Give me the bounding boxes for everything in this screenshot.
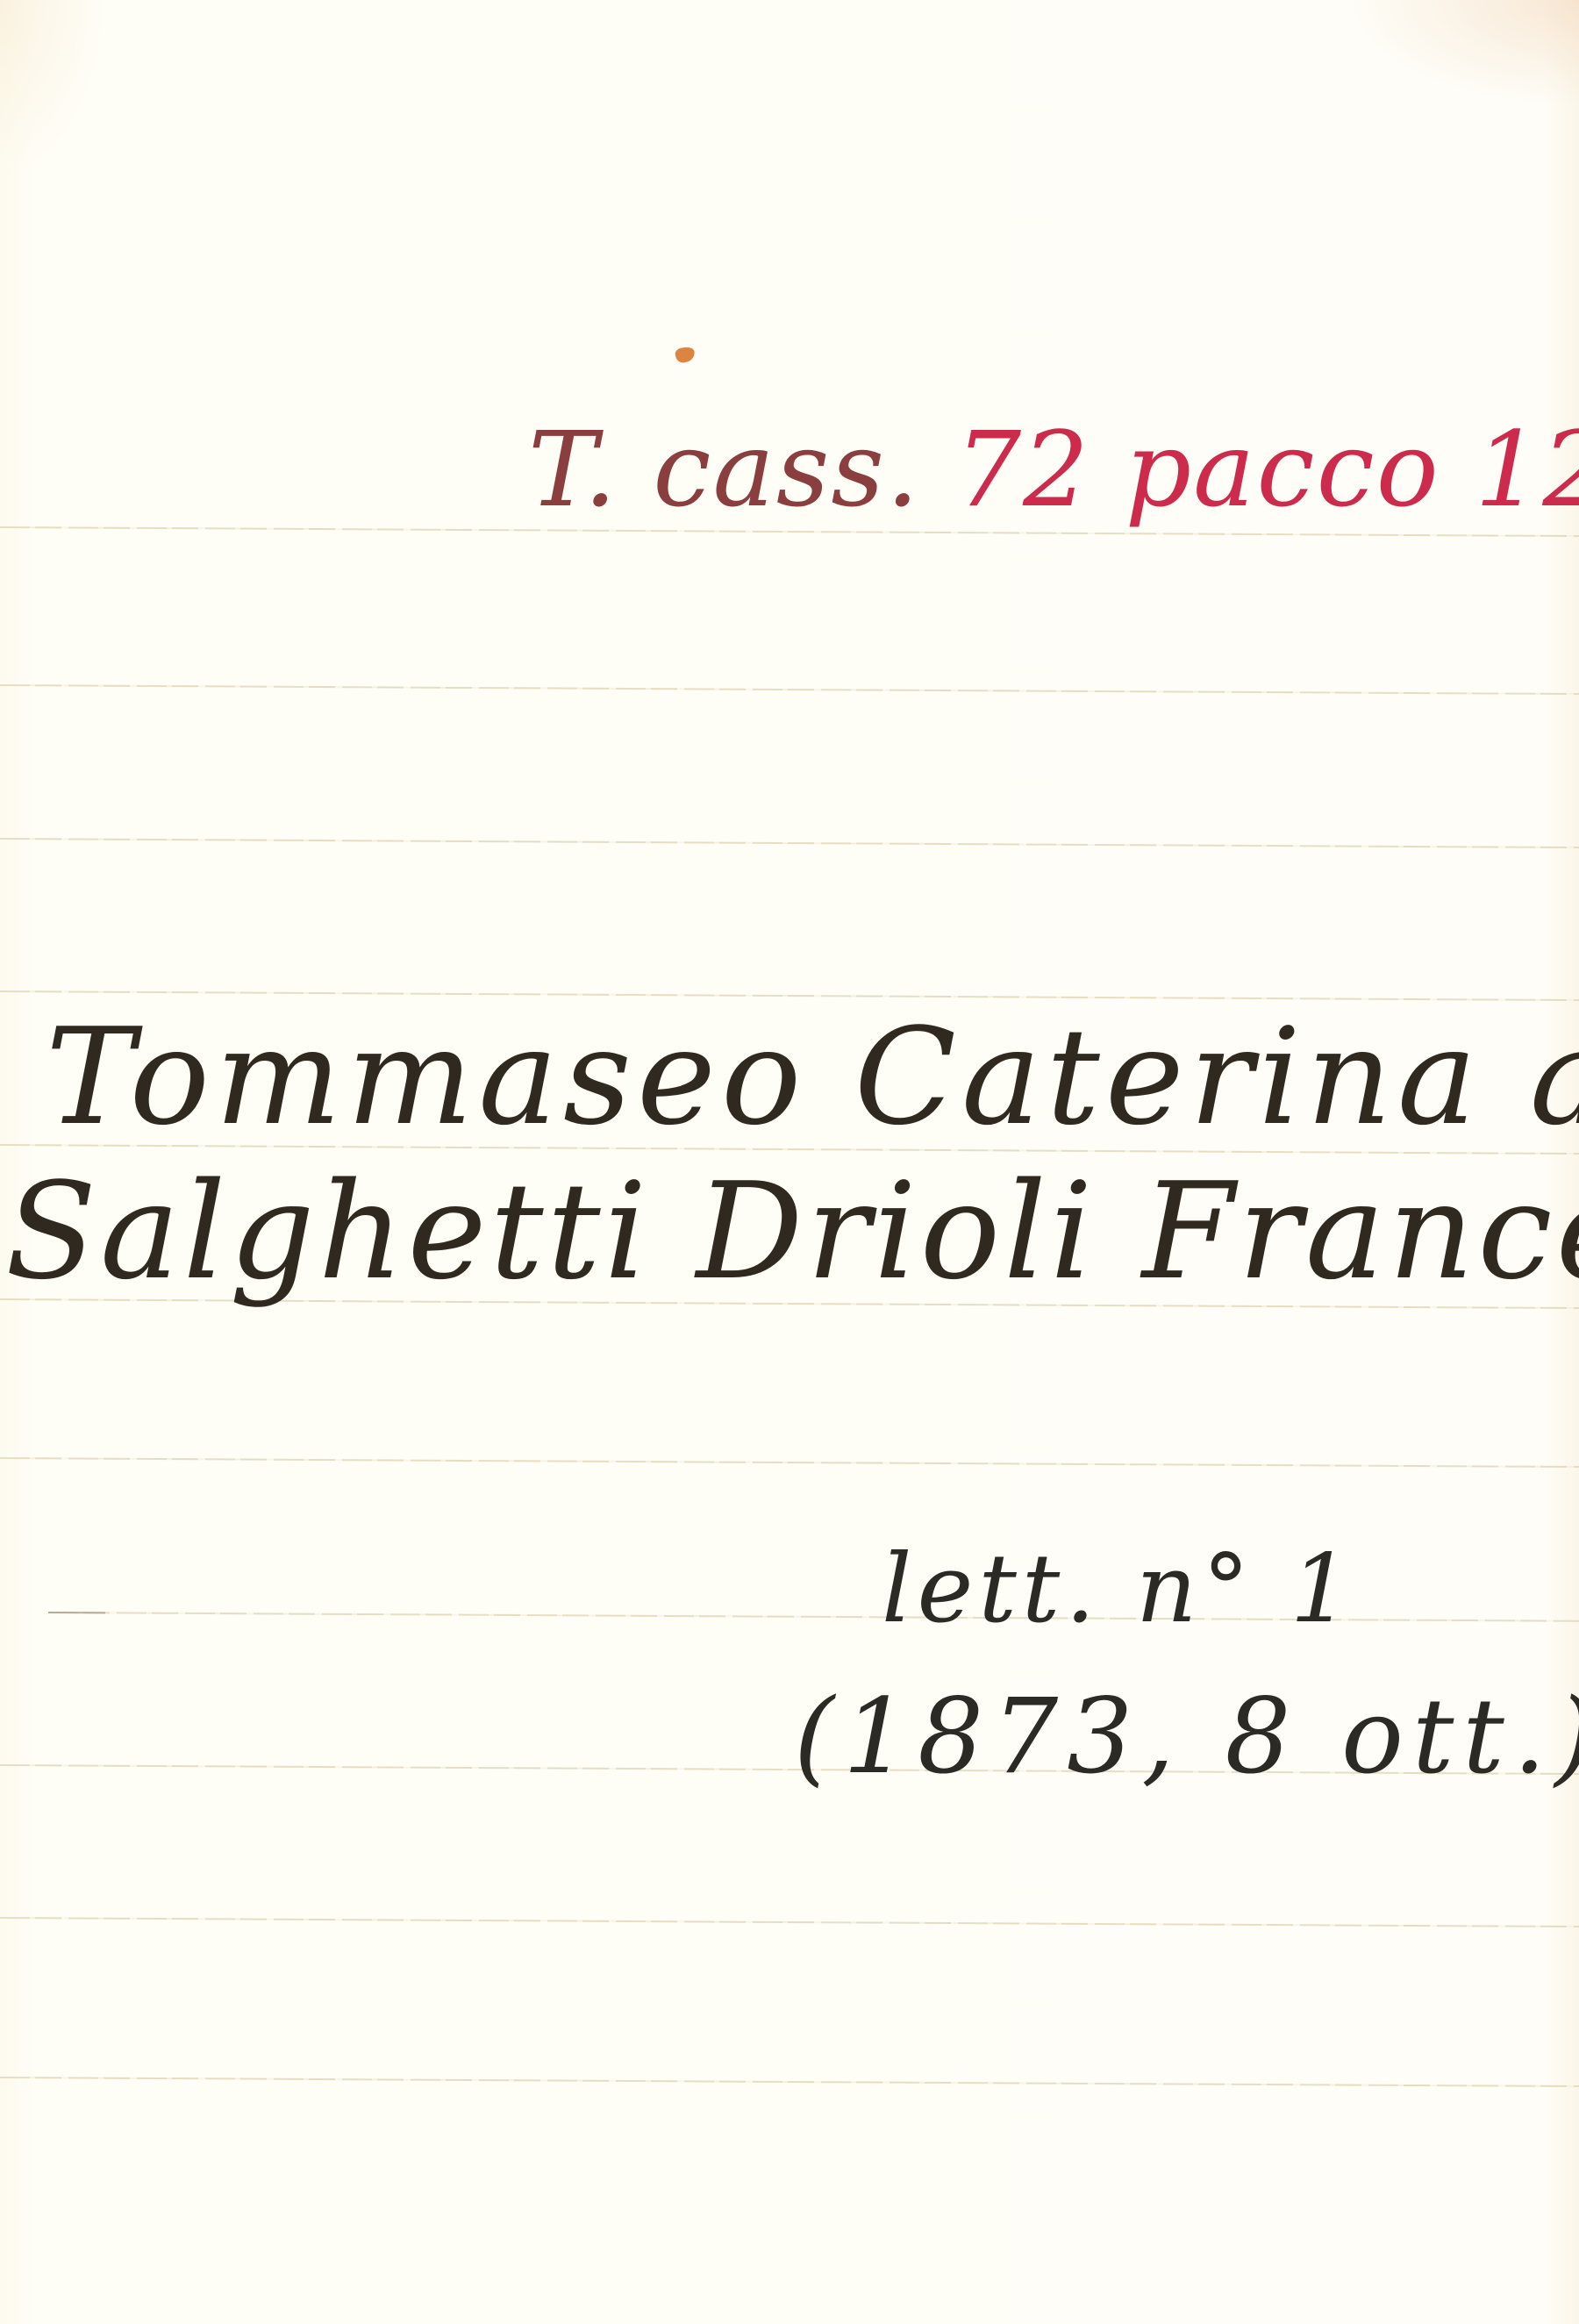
ruled-line (0, 838, 1579, 848)
ruled-line (0, 2077, 1579, 2087)
reference-cass-label: cass. (653, 409, 920, 530)
reference-prefix: T. (528, 409, 618, 530)
archive-reference: T. cass. 72 pacco 1272.9 (528, 418, 1579, 521)
ink-stain-mark (675, 347, 696, 364)
reference-cass-number: 72 (955, 409, 1090, 530)
letter-count: lett. n° 1 (882, 1542, 1356, 1637)
ruled-line (0, 1917, 1579, 1927)
ruled-line (0, 1457, 1579, 1468)
ruled-line (0, 684, 1579, 695)
correspondence-recipient-line: Salghetti Drioli Francesco. (5, 1165, 1579, 1298)
reference-pacco-label: pacco (1125, 409, 1440, 530)
correspondence-sender-line: Tommaseo Caterina a (46, 1011, 1579, 1144)
letter-date: (1873, 8 ott.) (794, 1684, 1579, 1788)
reference-pacco-number: 127 (1475, 409, 1579, 530)
index-card: T. cass. 72 pacco 1272.9 Tommaseo Cateri… (0, 0, 1579, 2324)
